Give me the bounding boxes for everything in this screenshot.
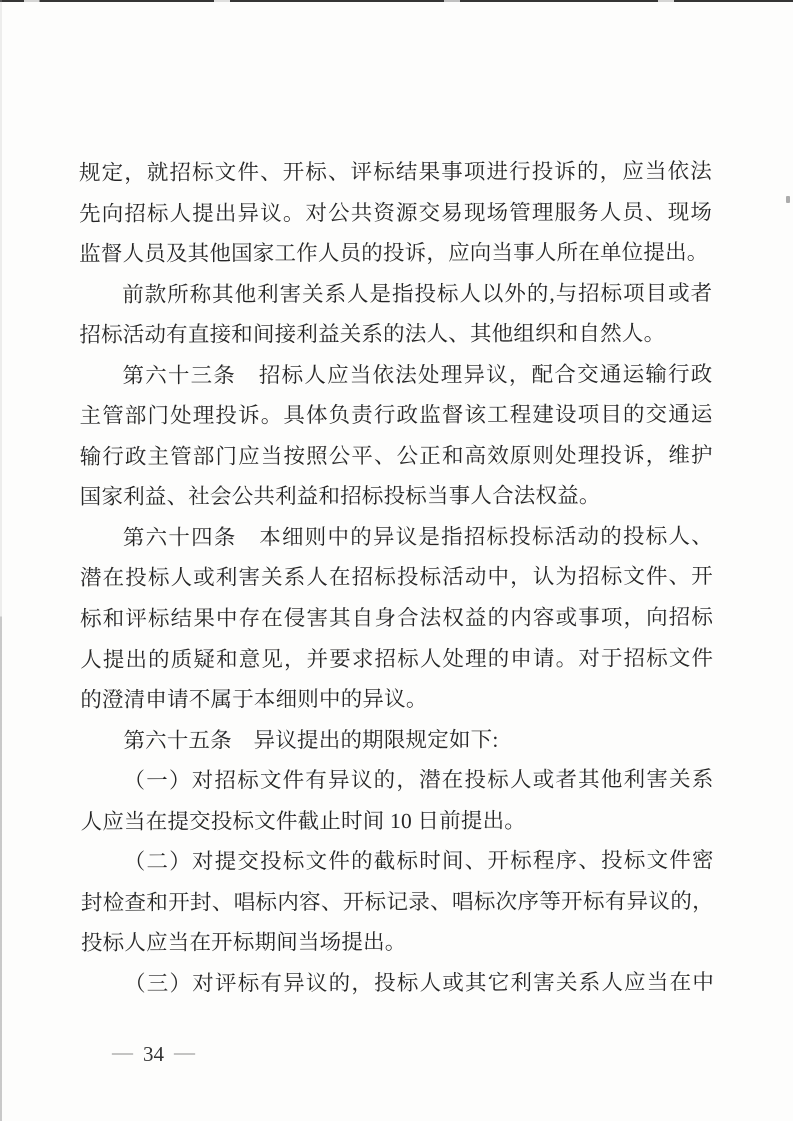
text-line: 潜在投标人或利害关系人在招标投标活动中，认为招标文件、开 xyxy=(80,557,713,599)
text-line: 第六十四条 本细则中的异议是指招标投标活动的投标人、 xyxy=(80,516,713,558)
text-line: 监督人员及其他国家工作人员的投诉，应向当事人所在单位提出。 xyxy=(79,232,712,274)
text-line: 规定，就招标文件、开标、评标结果事项进行投诉的，应当依法 xyxy=(79,151,712,193)
footer-left-dash: — xyxy=(112,1040,133,1065)
text-line: 人应当在提交投标文件截止时间 10 日前提出。 xyxy=(81,800,714,842)
scan-top-edge-artifact xyxy=(0,0,793,2)
text-line: 前款所称其他利害关系人是指投标人以外的,与招标项目或者 xyxy=(79,273,712,315)
page-number: 34 xyxy=(143,1042,164,1067)
text-line: 封检查和开封、唱标内容、开标记录、唱标次序等开标有异议的， xyxy=(81,881,714,923)
text-line: 第六十五条 异议提出的期限规定如下: xyxy=(80,719,713,761)
text-line: 第六十三条 招标人应当依法处理异议，配合交通运输行政 xyxy=(79,354,712,396)
scanned-document-page: 规定，就招标文件、开标、评标结果事项进行投诉的，应当依法先向招标人提出异议。对公… xyxy=(0,0,793,1121)
text-line: 主管部门处理投诉。具体负责行政监督该工程建设项目的交通运 xyxy=(80,394,713,436)
text-line: （三）对评标有异议的，投标人或其它利害关系人应当在中 xyxy=(81,962,714,1004)
scan-left-edge-artifact xyxy=(0,0,2,1121)
text-line: （二）对提交投标文件的截标时间、开标程序、投标文件密 xyxy=(81,840,714,882)
text-line: 的澄清申请不属于本细则中的异议。 xyxy=(80,678,713,720)
footer-right-dash: — xyxy=(174,1040,195,1065)
text-line: 招标活动有直接和间接利益关系的法人、其他组织和自然人。 xyxy=(79,313,712,355)
page-footer: — 34 — xyxy=(112,1042,195,1067)
text-line: 人提出的质疑和意见，并要求招标人处理的申请。对于招标文件 xyxy=(80,638,713,680)
text-line: 标和评标结果中存在侵害其自身合法权益的内容或事项，向招标 xyxy=(80,597,713,639)
text-line: 国家利益、社会公共利益和招标投标当事人合法权益。 xyxy=(80,476,713,518)
text-line: 先向招标人提出异议。对公共资源交易现场管理服务人员、现场 xyxy=(79,192,712,234)
text-line: 输行政主管部门应当按照公平、公正和高效原则处理投诉，维护 xyxy=(80,435,713,477)
scan-speck-artifact xyxy=(786,196,790,203)
body-text-block: 规定，就招标文件、开标、评标结果事项进行投诉的，应当依法先向招标人提出异议。对公… xyxy=(79,151,714,1004)
text-line: （一）对招标文件有异议的，潜在投标人或者其他利害关系 xyxy=(80,759,713,801)
text-line: 投标人应当在开标期间当场提出。 xyxy=(81,922,714,964)
